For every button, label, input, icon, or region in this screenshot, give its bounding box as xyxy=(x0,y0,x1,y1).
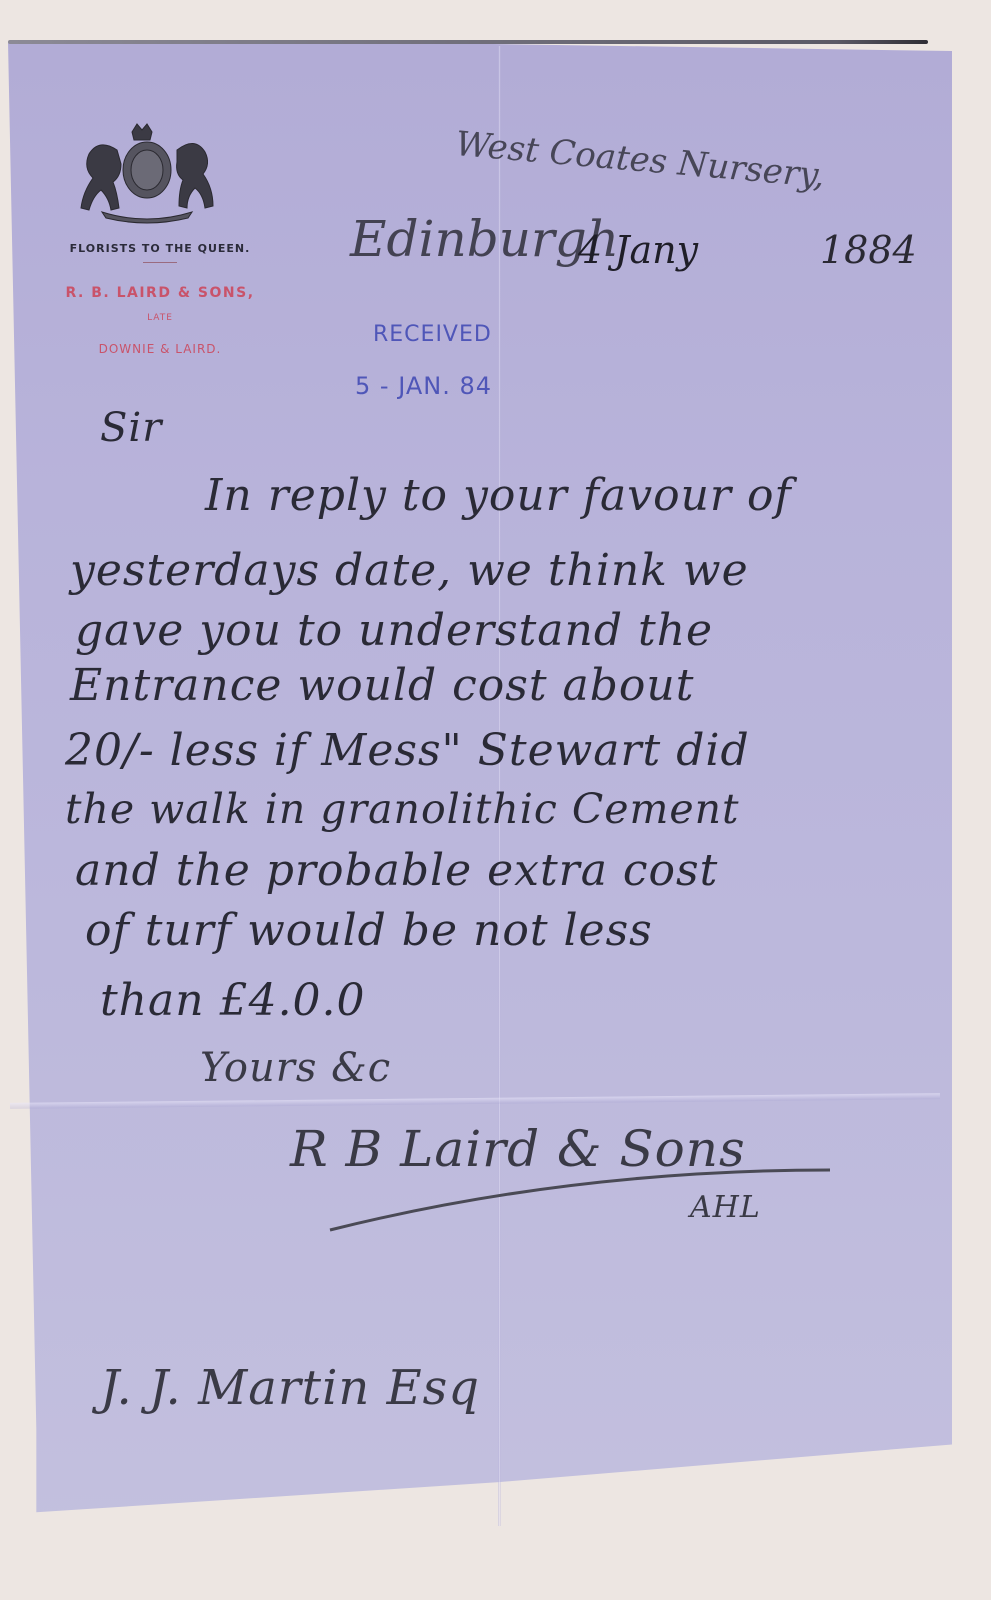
body-line: In reply to your favour of xyxy=(205,470,792,521)
closing: Yours &c xyxy=(200,1045,391,1091)
signature-initials: AHL xyxy=(690,1190,761,1225)
signature-flourish-icon xyxy=(320,1160,840,1240)
body-line: Entrance would cost about xyxy=(70,660,694,711)
body-line: and the probable extra cost xyxy=(75,845,718,896)
body-line: gave you to understand the xyxy=(75,605,713,656)
late-label: LATE xyxy=(20,313,300,323)
received-stamp-label: RECEIVED xyxy=(373,322,492,347)
salutation: Sir xyxy=(100,405,162,451)
appointment-line: FLORISTS TO THE QUEEN. xyxy=(20,242,300,255)
firm-name: R. B. LAIRD & SONS, xyxy=(20,285,300,301)
letter-year: 1884 xyxy=(820,228,917,272)
received-stamp-date: 5 - JAN. 84 xyxy=(355,372,492,400)
body-line: 20/- less if Mess" Stewart did xyxy=(65,725,750,776)
body-line: yesterdays date, we think we xyxy=(70,545,749,596)
paper-top-edge xyxy=(8,40,928,44)
royal-crest-icon xyxy=(62,120,232,230)
letter-date: 4 Jany xyxy=(578,228,698,272)
body-line: than £4.0.0 xyxy=(100,975,366,1026)
body-line: the walk in granolithic Cement xyxy=(65,785,740,833)
body-line: of turf would be not less xyxy=(85,905,653,956)
former-firm-name: DOWNIE & LAIRD. xyxy=(20,342,300,356)
letterhead-rule xyxy=(143,262,177,263)
addressee: J. J. Martin Esq xyxy=(100,1360,480,1416)
